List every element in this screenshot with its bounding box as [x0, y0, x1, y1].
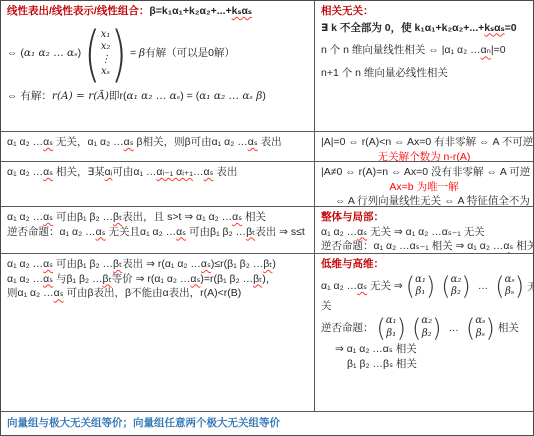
table-row-representation-theorem: α₁ α₂ …αₛ 无关，α₁ α₂ …αₛ β相关，则β可由α₁ α₂ …αₛ… — [1, 132, 533, 162]
beta-representable-line: α₁ α₂ …αₛ 无关，α₁ α₂ …αₛ β相关，则β可由α₁ α₂ …αₛ… — [7, 135, 308, 150]
left-paren: ( — [441, 274, 450, 299]
contrapositive-s-le-t-line: 逆否命题：α₁ α₂ …αₛ 无关且α₁ α₂ …αₛ 可由β₁ β₂ …βₜ表… — [7, 225, 308, 240]
nonsingular-equivalences-line: |A≠0 ⇔ r(A)=n ⇔ Ax=0 没有非零解 ⇔ A 可逆 — [321, 165, 527, 180]
right-paren: ) — [486, 315, 495, 340]
vector-entry: x₁ — [101, 29, 111, 42]
rows-columns-independent-line: ⇔ A 行列向量线性无关 ⇔ A 特征值全不为 0 — [321, 194, 527, 206]
right-paren: ) — [111, 23, 127, 84]
formula-suffix: = β有解（可以是0解） — [130, 46, 235, 61]
cell-some-alpha-representable: α₁ α₂ …αₛ 相关，∃某αᵢ可由α₁ …αᵢ₋₁ αᵢ₊₁…αₛ 表出 — [1, 162, 315, 206]
left-paren: ( — [377, 315, 386, 340]
right-paren: ) — [397, 315, 406, 340]
stacked-vector-2: ( α₂ β₂ ) — [441, 274, 471, 299]
stacked-contrapositive-prefix: 逆否命题： — [321, 321, 374, 336]
right-paren: ) — [515, 274, 524, 299]
right-paren: ) — [426, 274, 435, 299]
stacked-vectors-contrapositive-line: 逆否命题： ( α₁ β₁ ) ( α₂ β₂ ) — [321, 315, 527, 340]
stacked-contrapositive-tail: 相关 — [498, 320, 519, 335]
beta-dependent-result-line: β₁ β₂ …βₛ 相关 — [321, 357, 527, 372]
section-title-low-high-dim: 低维与高维： — [321, 257, 527, 272]
n-vectors-determinant-line: n 个 n 维向量线性相关 ⇔ |α₁ α₂ …αₙ|=0 — [321, 43, 527, 58]
vector-entry: β₁ — [386, 328, 396, 341]
section-title-linear-representation: 线性表出/线性表示/线性组合：β=k₁α₁+k₂α₂+...+kₛαₛ — [7, 4, 308, 19]
vector-entry: x₂ — [101, 41, 111, 54]
cell-beta-representable: α₁ α₂ …αₛ 无关，α₁ α₂ …αₛ β相关，则β可由α₁ α₂ …αₛ… — [1, 132, 315, 161]
some-alpha-representable-line: α₁ α₂ …αₛ 相关，∃某αᵢ可由α₁ …αᵢ₋₁ αᵢ₊₁…αₛ 表出 — [7, 165, 308, 180]
vector-entry: ⋮ — [101, 54, 111, 67]
section-title-dependence: 相关无关： — [321, 4, 527, 19]
cell-s-greater-t: α₁ α₂ …αₛ 可由β₁ β₂ …βₜ表出，且 s>t ⇒ α₁ α₂ …α… — [1, 207, 315, 253]
vector-entries: x₁ x₂ ⋮ xₛ — [101, 29, 111, 79]
left-paren: ( — [406, 274, 415, 299]
formula-system-has-solution: ⇔ (α₁ α₂ … αₛ) ( x₁ x₂ ⋮ xₛ ) = β有解（可以是0… — [7, 19, 308, 89]
formula-rank-condition: ⇔ 有解：r(A) = r(Ā)即r(α₁ α₂ … αₛ) = (α₁ α₂ … — [7, 89, 308, 104]
ellipsis: … — [449, 322, 460, 334]
vector-entry: βₛ — [476, 328, 485, 341]
table-row-rank-dimension: α₁ α₂ …αₛ 可由β₁ β₂ …βₜ表出 ⇒ r(α₁ α₂ …αₛ)≤r… — [1, 254, 533, 412]
vector-entry: β₂ — [422, 328, 432, 341]
vector-entry: xₛ — [101, 66, 110, 79]
vector-entry: αₛ — [505, 274, 515, 287]
rank-le-line: α₁ α₂ …αₛ 可由β₁ β₂ …βₜ表出 ⇒ r(α₁ α₂ …αₛ)≤r… — [7, 257, 308, 272]
ellipsis: … — [478, 280, 489, 292]
stacked-independent-prefix: α₁ α₂ …αₛ 无关 ⇒ — [321, 279, 403, 294]
right-paren: ) — [461, 274, 470, 299]
whole-part-line: α₁ α₂ …αₛ 无关 ⇒ α₁ α₂ …αₛ₋₁ 无关 — [321, 225, 527, 240]
wrapped-char-line: 关 — [321, 299, 527, 314]
stacked-vector-1: ( α₁ β₁ ) — [406, 274, 436, 299]
cell-dependence-definition: 相关无关： ∃ k 不全部为 0，使 k₁α₁+k₂α₂+...+kₛαₛ=0 … — [315, 1, 533, 131]
unique-solution-note: Ax=b 为唯一解 — [321, 180, 527, 195]
n-plus-1-vectors-line: n+1 个 n 维向量必线性相关 — [321, 66, 527, 81]
formula-prefix: ⇔ (α₁ α₂ … αₛ) — [7, 46, 81, 61]
footer-text: 向量组与极大无关组等价；向量组任意两个极大无关组等价 — [7, 416, 527, 431]
vector-entry: α₂ — [421, 315, 432, 328]
column-vector-x: ( x₁ x₂ ⋮ xₛ ) — [84, 29, 127, 79]
footer-note: 向量组与极大无关组等价；向量组任意两个极大无关组等价 — [1, 413, 533, 434]
singular-equivalences-line: |A|=0 ⇔ r(A)<n ⇔ Ax=0 有非零解 ⇔ A 不可逆 — [321, 135, 527, 150]
vector-entry: βₛ — [505, 286, 514, 299]
left-paren: ( — [495, 274, 504, 299]
cell-singular-matrix: |A|=0 ⇔ r(A)<n ⇔ Ax=0 有非零解 ⇔ A 不可逆 无关解个数… — [315, 132, 533, 161]
independent-solutions-note: 无关解个数为 n-r(A) — [321, 150, 527, 161]
cell-whole-and-part: 整体与局部： α₁ α₂ …αₛ 无关 ⇒ α₁ α₂ …αₛ₋₁ 无关 逆否命… — [315, 207, 533, 253]
stacked-vector-s: ( αₛ βₛ ) — [466, 315, 495, 340]
rank-less-line: 则α₁ α₂ …αₛ 可由β表出，β不能由α表出，r(A)<r(B) — [7, 286, 308, 301]
left-paren: ( — [84, 23, 100, 84]
s-greater-t-line: α₁ α₂ …αₛ 可由β₁ β₂ …βₜ表出，且 s>t ⇒ α₁ α₂ …α… — [7, 210, 308, 225]
rank-equal-line: α₁ α₂ …αₛ 与β₁ β₂ …βₜ等价 ⇒ r(α₁ α₂ …αₛ)=r(… — [7, 272, 308, 287]
cell-low-high-dimension: 低维与高维： α₁ α₂ …αₛ 无关 ⇒ ( α₁ β₁ ) ( α₂ β₂ — [315, 254, 533, 411]
left-paren: ( — [466, 315, 475, 340]
stacked-vector-2: ( α₂ β₂ ) — [412, 315, 442, 340]
dependence-definition-line: ∃ k 不全部为 0，使 k₁α₁+k₂α₂+...+kₛαₛ=0 — [321, 21, 527, 36]
section-title-whole-part: 整体与局部： — [321, 210, 527, 225]
table-row-dependence-theorem: α₁ α₂ …αₛ 相关，∃某αᵢ可由α₁ …αᵢ₋₁ αᵢ₊₁…αₛ 表出 |… — [1, 162, 533, 207]
cell-linear-combination: 线性表出/线性表示/线性组合：β=k₁α₁+k₂α₂+...+kₛαₛ ⇔ (α… — [1, 1, 315, 131]
vector-entry: αₛ — [475, 315, 485, 328]
right-paren: ) — [432, 315, 441, 340]
vector-entry: α₁ — [415, 274, 426, 287]
table-row-count-comparison: α₁ α₂ …αₛ 可由β₁ β₂ …βₜ表出，且 s>t ⇒ α₁ α₂ …α… — [1, 207, 533, 254]
vector-entry: α₂ — [451, 274, 462, 287]
stacked-vector-1: ( α₁ β₁ ) — [377, 315, 407, 340]
cell-rank-comparison: α₁ α₂ …αₛ 可由β₁ β₂ …βₜ表出 ⇒ r(α₁ α₂ …αₛ)≤r… — [1, 254, 315, 411]
left-paren: ( — [412, 315, 421, 340]
stacked-vectors-independent-line: α₁ α₂ …αₛ 无关 ⇒ ( α₁ β₁ ) ( α₂ β₂ ) — [321, 274, 527, 299]
table-row-footer: 向量组与极大无关组等价；向量组任意两个极大无关组等价 — [1, 412, 533, 435]
stacked-independent-tail: 无 — [527, 279, 533, 294]
alpha-dependent-result-line: ⇒ α₁ α₂ …αₛ 相关 — [321, 342, 527, 357]
linear-algebra-notes-table: 线性表出/线性表示/线性组合：β=k₁α₁+k₂α₂+...+kₛαₛ ⇔ (α… — [0, 0, 534, 436]
stacked-vector-s: ( αₛ βₛ ) — [495, 274, 524, 299]
table-row-definitions: 线性表出/线性表示/线性组合：β=k₁α₁+k₂α₂+...+kₛαₛ ⇔ (α… — [1, 1, 533, 132]
cell-nonsingular-matrix: |A≠0 ⇔ r(A)=n ⇔ Ax=0 没有非零解 ⇔ A 可逆 Ax=b 为… — [315, 162, 533, 206]
vector-entry: β₂ — [451, 286, 461, 299]
vector-entry: β₁ — [416, 286, 426, 299]
whole-part-contrapositive-line: 逆否命题：α₁ α₂ …αₛ₋₁ 相关 ⇒ α₁ α₂ …αₛ 相关 — [321, 239, 527, 253]
vector-entry: α₁ — [386, 315, 397, 328]
